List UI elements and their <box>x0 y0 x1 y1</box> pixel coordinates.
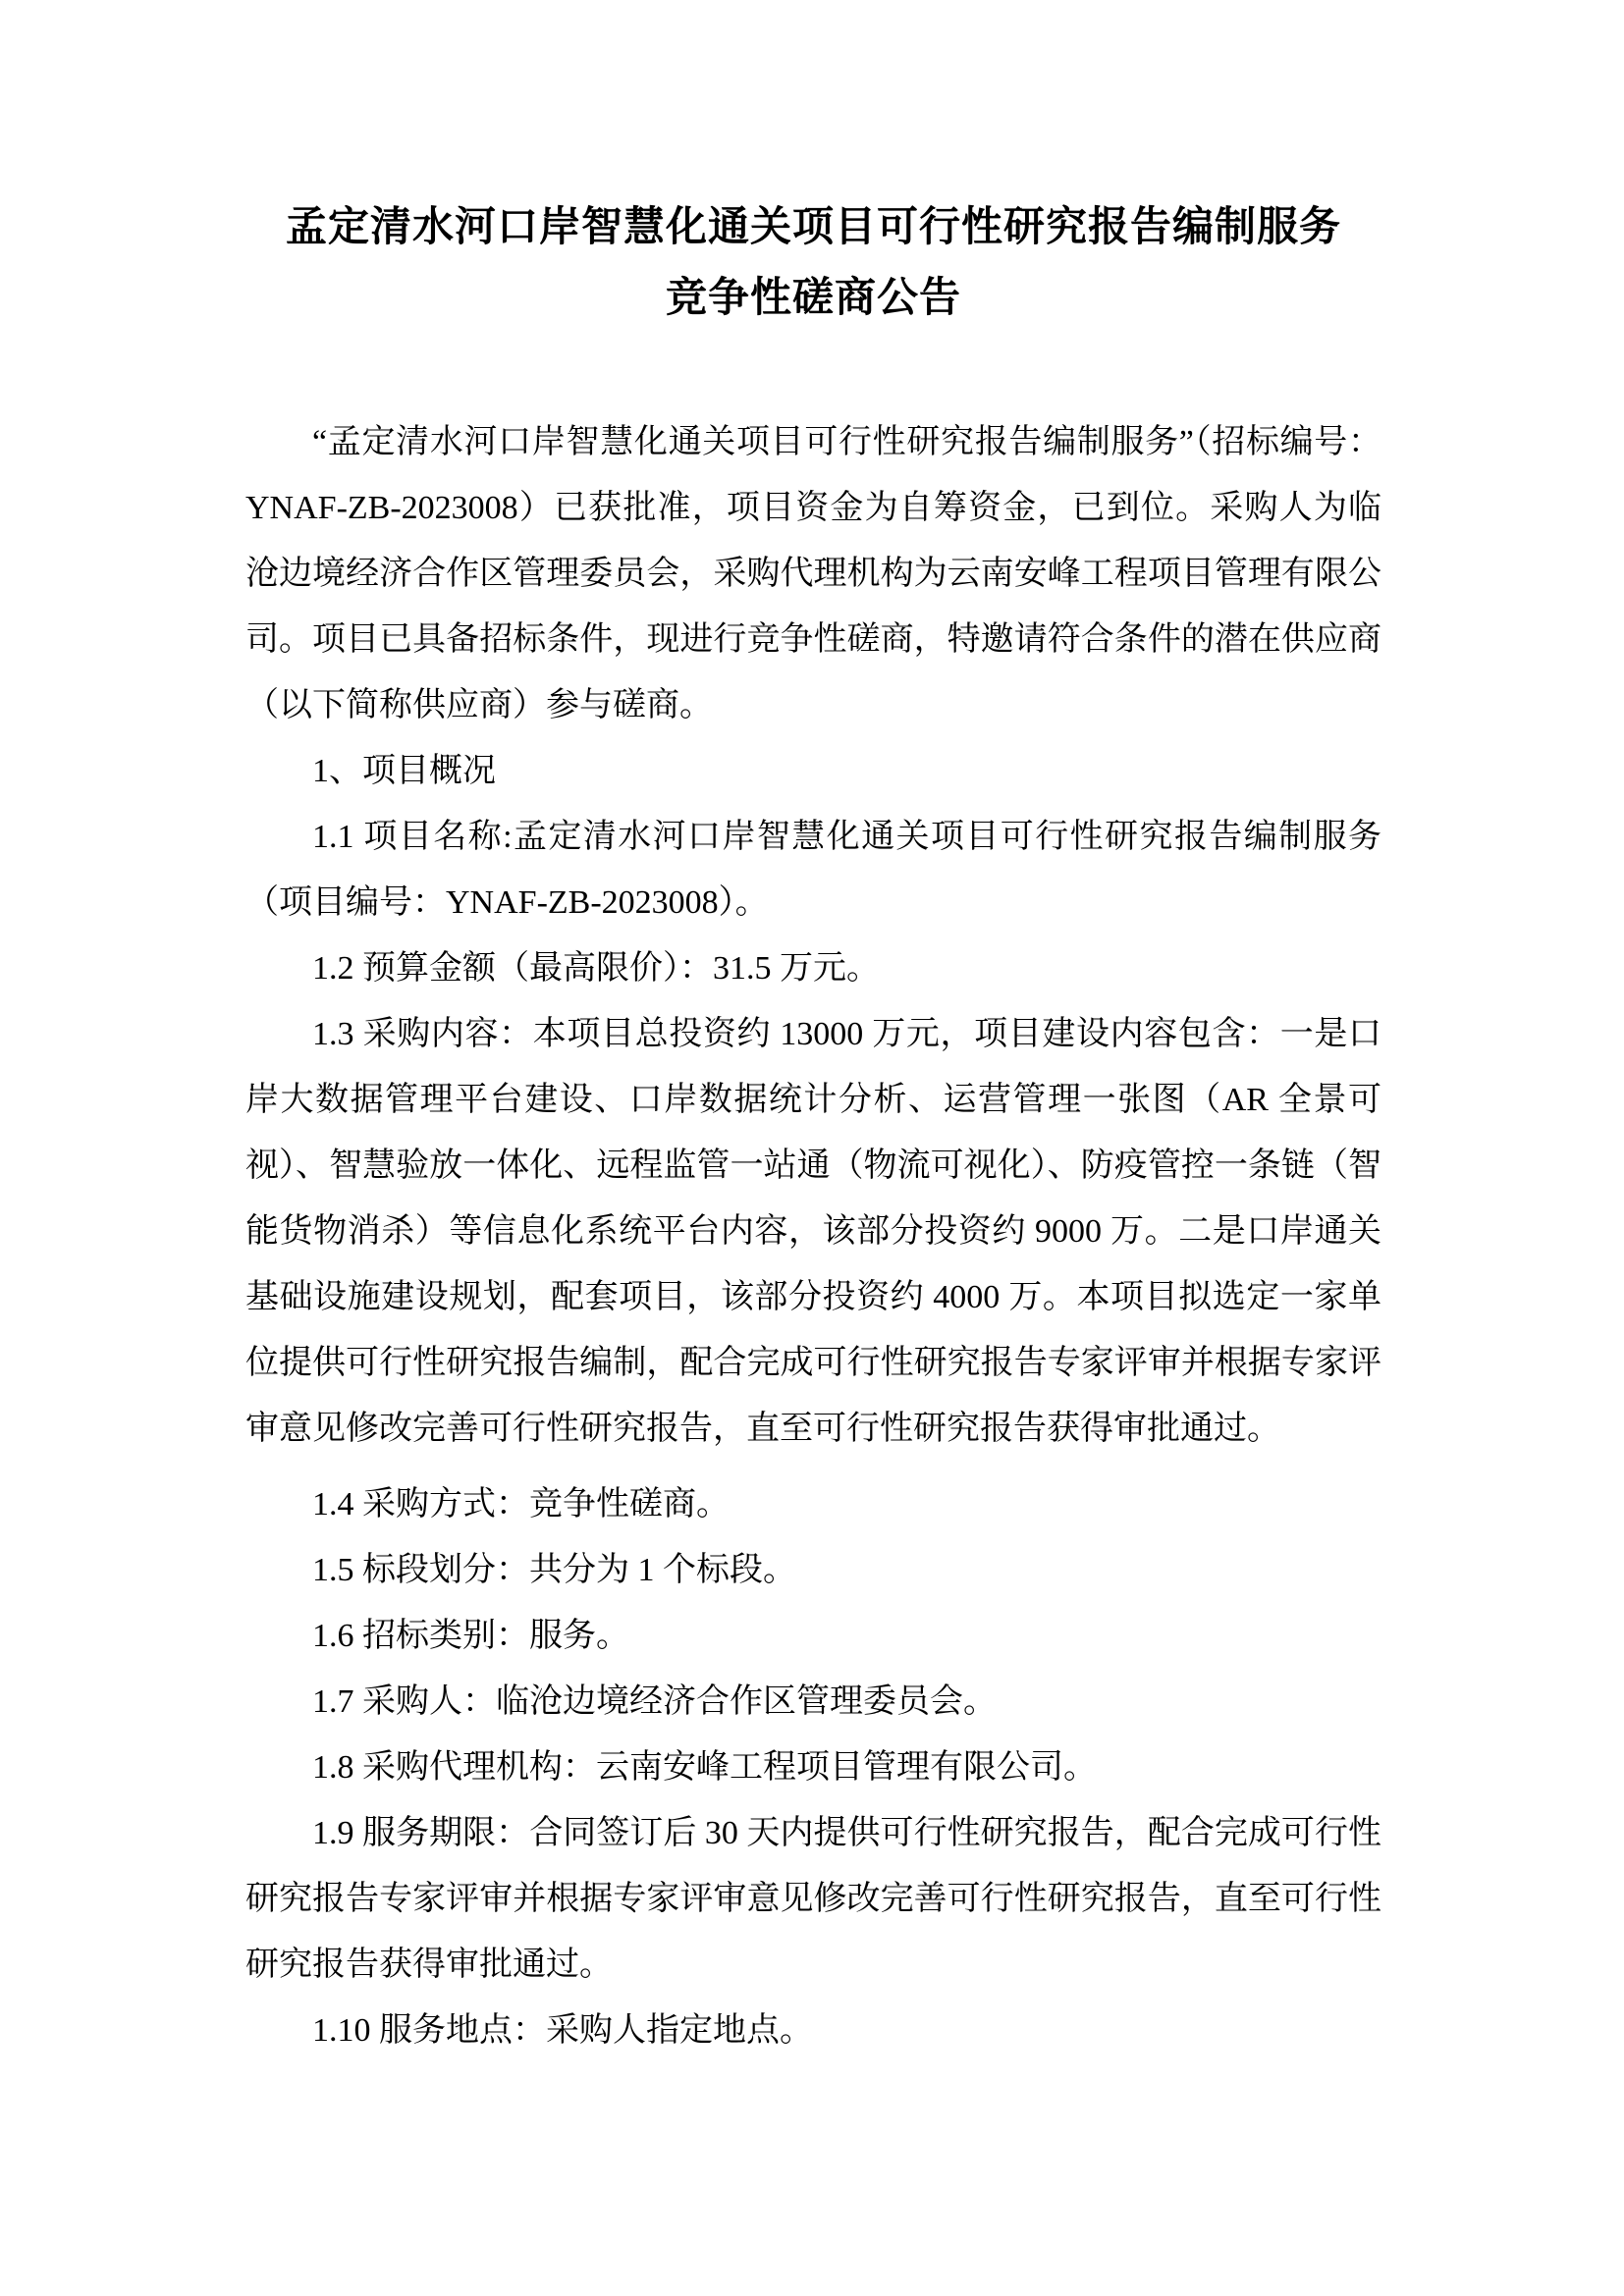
document-page: 孟定清水河口岸智慧化通关项目可行性研究报告编制服务 竞争性磋商公告 “孟定清水河… <box>0 0 1624 2296</box>
item-procurement-agency: 1.8 采购代理机构：云南安峰工程项目管理有限公司。 <box>245 1735 1381 1800</box>
item-service-period: 1.9 服务期限：合同签订后 30 天内提供可行性研究报告，配合完成可行性研究报… <box>245 1800 1381 1998</box>
document-title: 孟定清水河口岸智慧化通关项目可行性研究报告编制服务 竞争性磋商公告 <box>245 192 1381 334</box>
item-project-name: 1.1 项目名称:孟定清水河口岸智慧化通关项目可行性研究报告编制服务（项目编号：… <box>245 804 1381 935</box>
item-lot-division: 1.5 标段划分：共分为 1 个标段。 <box>245 1537 1381 1603</box>
opening-paragraph: “孟定清水河口岸智慧化通关项目可行性研究报告编制服务”（招标编号：YNAF-ZB… <box>245 409 1381 738</box>
item-service-location: 1.10 服务地点：采购人指定地点。 <box>245 1998 1381 2063</box>
document-title-line-2: 竞争性磋商公告 <box>245 263 1381 334</box>
item-purchaser: 1.7 采购人：临沧边境经济合作区管理委员会。 <box>245 1669 1381 1735</box>
item-budget-amount: 1.2 预算金额（最高限价）：31.5 万元。 <box>245 935 1381 1001</box>
item-procurement-method: 1.4 采购方式：竞争性磋商。 <box>245 1471 1381 1537</box>
document-body: “孟定清水河口岸智慧化通关项目可行性研究报告编制服务”（招标编号：YNAF-ZB… <box>245 409 1381 2063</box>
document-title-line-1: 孟定清水河口岸智慧化通关项目可行性研究报告编制服务 <box>245 192 1381 263</box>
section-heading-project-overview: 1、项目概况 <box>245 738 1381 804</box>
item-tender-category: 1.6 招标类别：服务。 <box>245 1603 1381 1669</box>
item-procurement-content: 1.3 采购内容：本项目总投资约 13000 万元，项目建设内容包含：一是口岸大… <box>245 1001 1381 1462</box>
